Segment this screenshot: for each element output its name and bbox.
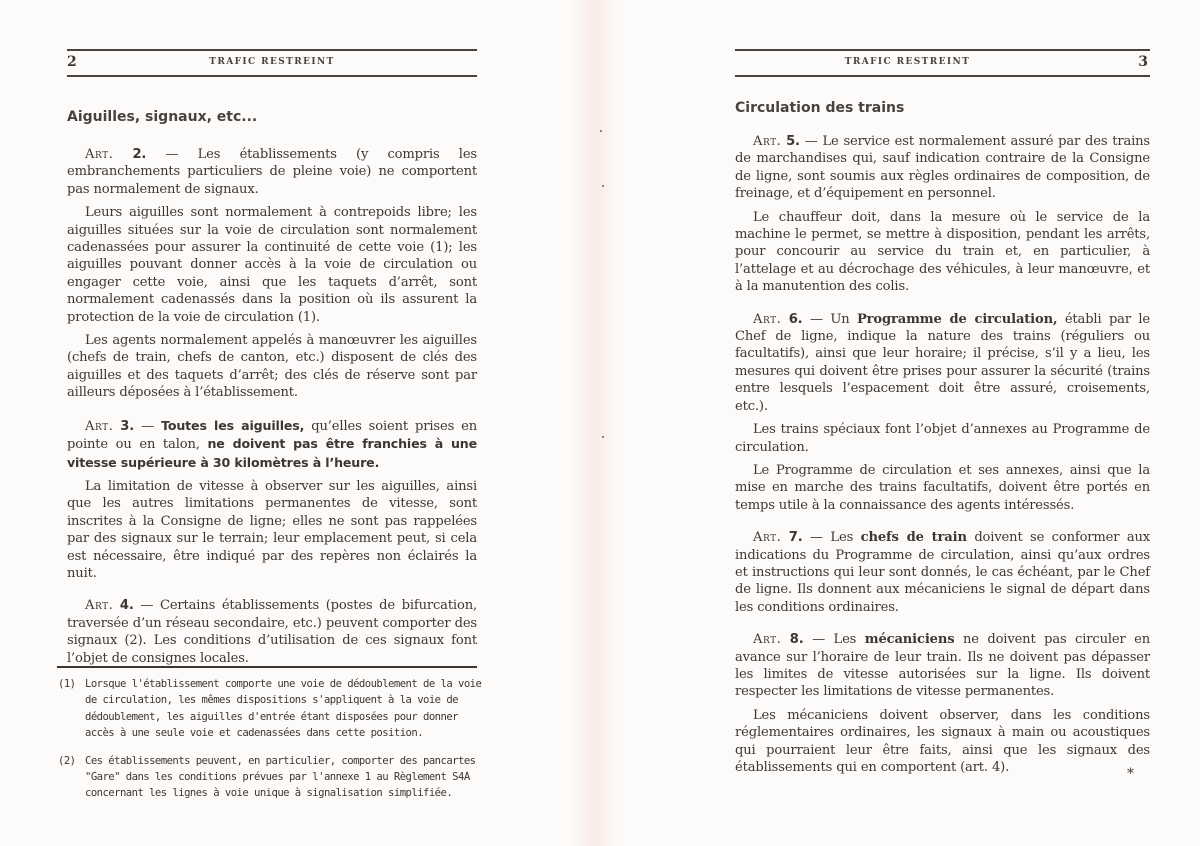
paragraph: Les mécaniciens doivent observer, dans l…: [735, 707, 1150, 777]
running-head: 2 TRAFIC RESTREINT: [67, 49, 477, 77]
end-asterisk: *: [1127, 766, 1134, 782]
book-gutter: [570, 0, 620, 846]
running-head-title: TRAFIC RESTREINT: [725, 57, 1090, 67]
paragraph: La limitation de vitesse à observer sur …: [67, 478, 477, 582]
paragraph: Leurs aiguilles sont normalement à contr…: [67, 204, 477, 326]
paragraph: Les trains spéciaux font l’objet d’annex…: [735, 421, 1150, 456]
page-number: 3: [1138, 54, 1148, 70]
paragraph: Le chauffeur doit, dans la mesure où le …: [735, 209, 1150, 296]
article-5: Art. 5. — Le service est normalement ass…: [735, 133, 1150, 203]
footnotes: (1) Lorsque l'établissement comporte une…: [58, 676, 485, 813]
footnote-1: (1) Lorsque l'établissement comporte une…: [58, 676, 485, 742]
article-body: Art. 5. — Le service est normalement ass…: [735, 133, 1150, 782]
footnote-2: (2) Ces établissements peuvent, en parti…: [58, 753, 485, 802]
article-6: Art. 6. — Un Programme de circulation, é…: [735, 311, 1150, 415]
article-7: Art. 7. — Les chefs de train doivent se …: [735, 529, 1150, 616]
article-4: Art. 4. — Certains établissements (poste…: [67, 597, 477, 667]
footnote-divider: [57, 666, 477, 668]
book-spread: 2 TRAFIC RESTREINT Aiguilles, signaux, e…: [0, 0, 1200, 846]
paragraph: Les agents normalement appelés à manœuvr…: [67, 332, 477, 402]
running-head-title: TRAFIC RESTREINT: [67, 57, 477, 67]
running-head: TRAFIC RESTREINT 3: [735, 49, 1150, 77]
paper-speck: [602, 436, 604, 438]
section-title: Circulation des trains: [735, 100, 904, 116]
article-2: Art. 2. — Les établissements (y compris …: [67, 146, 477, 198]
paper-speck: [602, 185, 604, 187]
paragraph: Le Programme de circulation et ses annex…: [735, 462, 1150, 514]
article-8: Art. 8. — Les mécaniciens ne doivent pas…: [735, 631, 1150, 701]
article-3: Art. 3. — Toutes les aiguilles, qu’elles…: [67, 417, 477, 472]
paper-speck: [600, 130, 602, 132]
section-title: Aiguilles, signaux, etc...: [67, 109, 257, 125]
article-body: Art. 2. — Les établissements (y compris …: [67, 146, 477, 673]
